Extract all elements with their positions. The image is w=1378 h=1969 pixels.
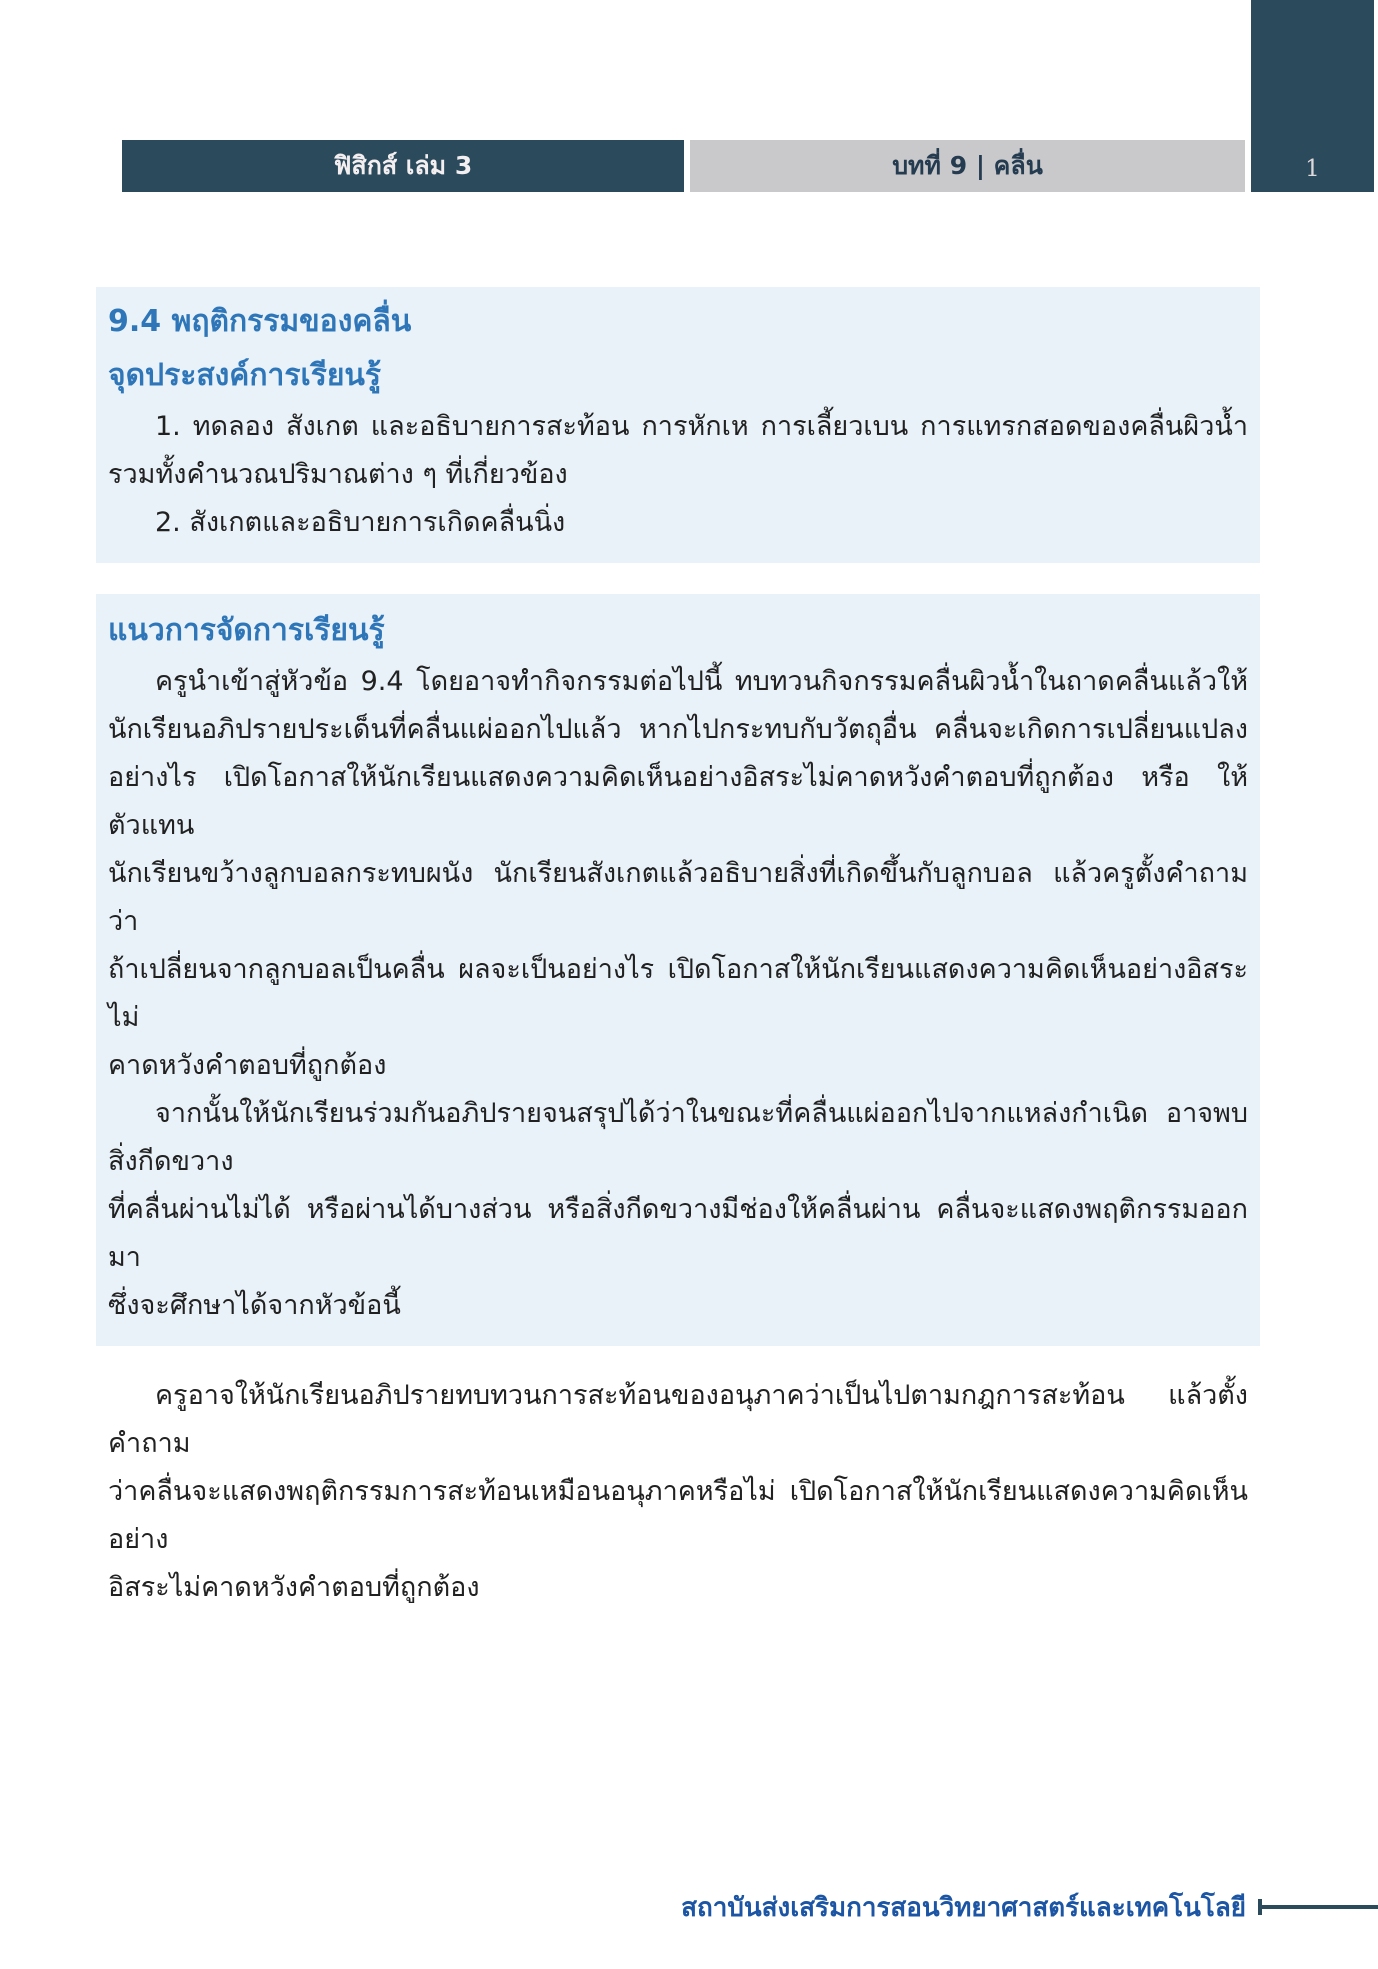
guidelines-heading: แนวการจัดการเรียนรู้	[108, 604, 1248, 658]
paragraph-line: ว่าคลื่นจะแสดงพฤติกรรมการสะท้อนเหมือนอนุ…	[108, 1468, 1248, 1564]
paragraph-line: ที่คลื่นผ่านไม่ได้ หรือผ่านได้บางส่วน หร…	[108, 1186, 1248, 1282]
paragraph-line: ซึ่งจะศึกษาได้จากหัวข้อนี้	[108, 1282, 1248, 1330]
paragraph-line: ถ้าเปลี่ยนจากลูกบอลเป็นคลื่น ผลจะเป็นอย่…	[108, 946, 1248, 1042]
header-chapter-bar: บทที่ 9 | คลื่น	[690, 140, 1245, 192]
page-number-band: 1	[1251, 0, 1374, 192]
paragraph-line: ครูนำเข้าสู่หัวข้อ 9.4 โดยอาจทำกิจกรรมต่…	[108, 658, 1248, 706]
paragraph-line: นักเรียนอภิปรายประเด็นที่คลื่นแผ่ออกไปแล…	[108, 706, 1248, 754]
objectives-heading: จุดประสงค์การเรียนรู้	[108, 349, 1248, 403]
objective-line: 1. ทดลอง สังเกต และอธิบายการสะท้อน การหั…	[108, 403, 1248, 451]
section-objectives: 9.4 พฤติกรรมของคลื่น จุดประสงค์การเรียนร…	[96, 287, 1260, 563]
paragraph-line: อย่างไร เปิดโอกาสให้นักเรียนแสดงความคิดเ…	[108, 754, 1248, 850]
institute-name: สถาบันส่งเสริมการสอนวิทยาศาสตร์และเทคโนโ…	[681, 1887, 1246, 1928]
objective-line: รวมทั้งคำนวณปริมาณต่าง ๆ ที่เกี่ยวข้อง	[108, 451, 1248, 499]
paragraph-line: คาดหวังคำตอบที่ถูกต้อง	[108, 1042, 1248, 1090]
chapter-title: บทที่ 9 | คลื่น	[892, 146, 1043, 186]
paragraph-line: จากนั้นให้นักเรียนร่วมกันอภิปรายจนสรุปได…	[108, 1090, 1248, 1186]
section-reflection-discussion: ครูอาจให้นักเรียนอภิปรายทบทวนการสะท้อนขอ…	[96, 1372, 1260, 1612]
header-book-bar: ฟิสิกส์ เล่ม 3	[122, 140, 684, 192]
document-page: ฟิสิกส์ เล่ม 3 บทที่ 9 | คลื่น 1 9.4 พฤต…	[0, 0, 1378, 1969]
page-content: 9.4 พฤติกรรมของคลื่น จุดประสงค์การเรียนร…	[96, 287, 1260, 1612]
section-title: 9.4 พฤติกรรมของคลื่น	[108, 295, 1248, 349]
page-number: 1	[1305, 156, 1320, 182]
objective-line: 2. สังเกตและอธิบายการเกิดคลื่นนิ่ง	[108, 499, 1248, 547]
paragraph-line: นักเรียนขว้างลูกบอลกระทบผนัง นักเรียนสัง…	[108, 850, 1248, 946]
footer-rule	[1258, 1899, 1378, 1915]
book-title: ฟิสิกส์ เล่ม 3	[334, 146, 473, 186]
section-guidelines: แนวการจัดการเรียนรู้ ครูนำเข้าสู่หัวข้อ …	[96, 594, 1260, 1346]
paragraph-line: ครูอาจให้นักเรียนอภิปรายทบทวนการสะท้อนขอ…	[108, 1372, 1248, 1468]
page-footer: สถาบันส่งเสริมการสอนวิทยาศาสตร์และเทคโนโ…	[0, 1889, 1378, 1925]
paragraph-line: อิสระไม่คาดหวังคำตอบที่ถูกต้อง	[108, 1564, 1248, 1612]
